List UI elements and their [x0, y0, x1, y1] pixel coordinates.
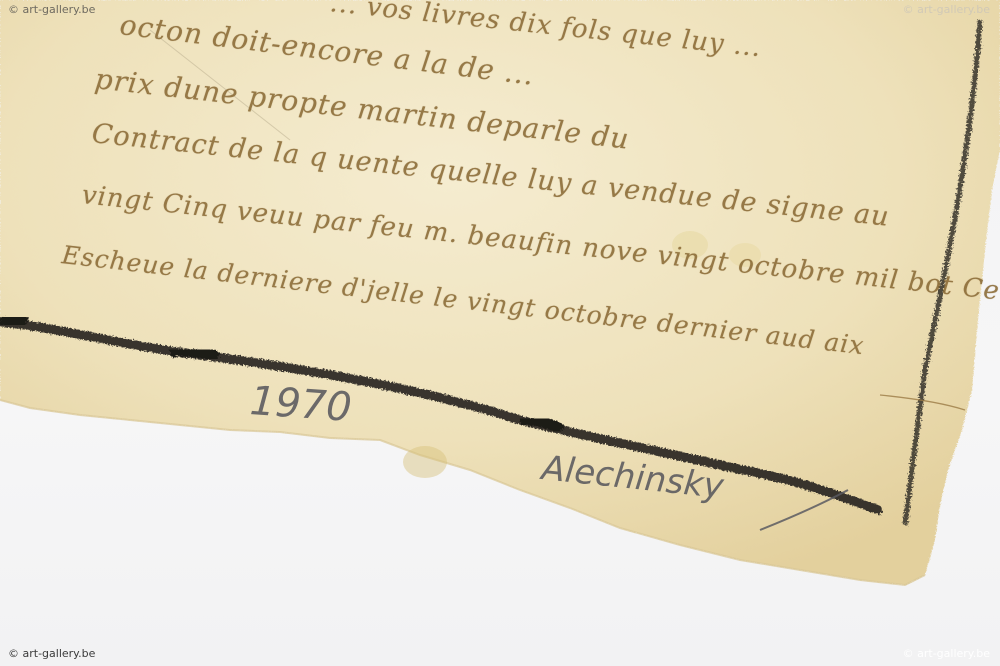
pencil-year: 1970 [248, 378, 353, 431]
watermark-top-left: © art-gallery.be [8, 3, 95, 16]
photo-scene: ... vos livres dix fols que luy ... octo… [0, 0, 1000, 666]
watermark-bottom-right: © art-gallery.be [903, 647, 990, 660]
watermark-top-right: © art-gallery.be [903, 3, 990, 16]
watermark-bottom-left: © art-gallery.be [8, 647, 95, 660]
